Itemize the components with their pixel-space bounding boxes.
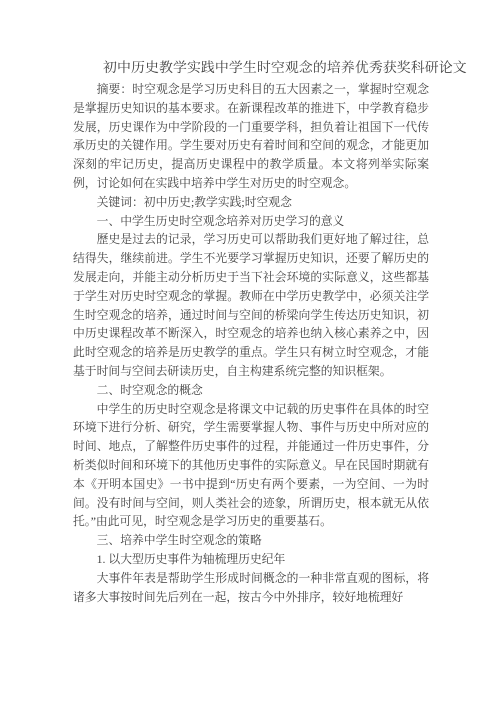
- section-2-heading: 二、时空观念的概念: [73, 381, 429, 400]
- document-content: 初中历史教学实践中学生时空观念的培养优秀获奖科研论文 摘要：时空观念是学习历史科…: [73, 58, 429, 606]
- abstract-paragraph: 摘要：时空观念是学习历史科目的五大因素之一，掌握时空观念是掌握历史知识的基本要求…: [73, 80, 429, 193]
- section-3-paragraph: 大事件年表是帮助学生形成时间概念的一种非常直观的图标，将诸多大事按时间先后列在一…: [73, 569, 429, 607]
- section-1-heading: 一、中学生历史时空观念培养对历史学习的意义: [73, 212, 429, 231]
- section-3-subheading: 1. 以大型历史事件为轴梳理历史纪年: [73, 550, 429, 569]
- section-3-heading: 三、培养中学生时空观念的策略: [73, 531, 429, 550]
- document-page: 初中历史教学实践中学生时空观念的培养优秀获奖科研论文 摘要：时空观念是学习历史科…: [0, 0, 500, 707]
- keywords-line: 关键词：初中历史;教学实践;时空观念: [73, 193, 429, 212]
- section-1-paragraph: 歷史是过去的记录，学习历史可以帮助我们更好地了解过往，总结得失，继续前进。学生不…: [73, 230, 429, 380]
- document-title: 初中历史教学实践中学生时空观念的培养优秀获奖科研论文: [103, 58, 429, 79]
- section-2-paragraph: 中学生的历史时空观念是将课文中记载的历史事件在具体的时空环境下进行分析、研究，学…: [73, 400, 429, 532]
